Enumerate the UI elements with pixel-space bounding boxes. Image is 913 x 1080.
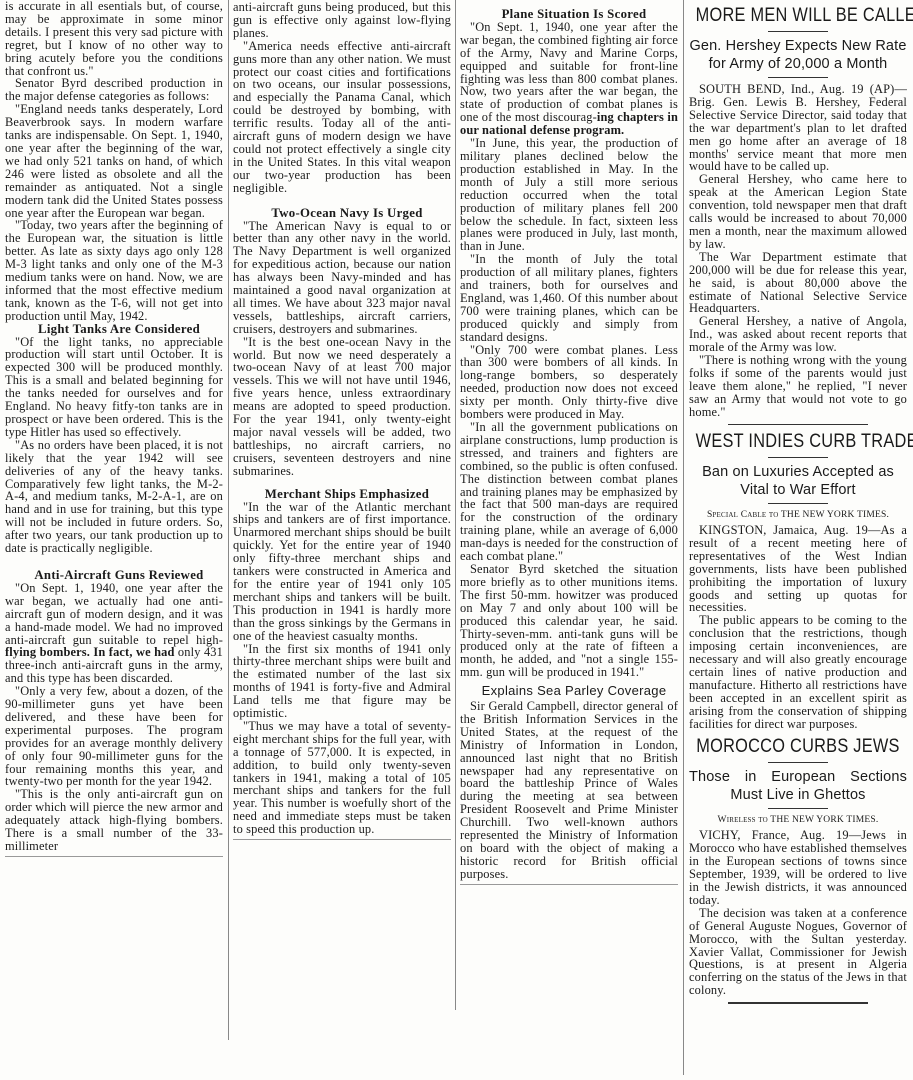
subheading: Explains Sea Parley Coverage <box>460 685 678 698</box>
paragraph: "The American Navy is equal to or better… <box>233 220 451 336</box>
headline: WEST INDIES CURB TRADE <box>696 431 901 453</box>
wire-credit: Wireless to THE NEW YORK TIMES. <box>689 814 907 827</box>
bold-text-run: flying bombers. In fact, we had <box>5 645 175 659</box>
divider <box>768 457 828 458</box>
paragraph: "England needs tanks desperately, Lord B… <box>5 103 223 219</box>
paragraph: General Hershey, a native of Angola, Ind… <box>689 315 907 354</box>
paragraph: General Hershey, who came here to speak … <box>689 173 907 250</box>
paragraph: "It is the best one-ocean Navy in the wo… <box>233 336 451 478</box>
paragraph: "Only 700 were combat planes. Less than … <box>460 344 678 421</box>
paragraph: "On Sept. 1, 1940, one year after the wa… <box>5 582 223 685</box>
headline: MORE MEN WILL BE CALLED <box>696 5 901 27</box>
paragraph: "This is the only anti-aircraft gun on o… <box>5 788 223 853</box>
headline: MOROCCO CURBS JEWS <box>696 736 901 758</box>
paragraph: anti-aircraft guns being produced, but t… <box>233 1 451 40</box>
column-3: Plane Situation Is Scored "On Sept. 1, 1… <box>460 6 678 885</box>
subheading: Two-Ocean Navy Is Urged <box>233 207 451 220</box>
paragraph: "In the first six months of 1941 only th… <box>233 643 451 720</box>
paragraph: "In all the government publications on a… <box>460 421 678 563</box>
paragraph: VICHY, France, Aug. 19—Jews in Morocco w… <box>689 829 907 906</box>
text-run: "On Sept. 1, 1940, one year after the wa… <box>460 20 678 124</box>
paragraph: The decision was taken at a conference o… <box>689 907 907 997</box>
paragraph: Senator Byrd sketched the situation more… <box>460 563 678 679</box>
column-divider <box>228 0 229 1040</box>
paragraph: The War Department estimate that 200,000… <box>689 251 907 316</box>
paragraph: is accurate in all esentials but, of cou… <box>5 0 223 77</box>
paragraph: The public appears to be coming to the c… <box>689 614 907 730</box>
paragraph: "Today, two years after the beginning of… <box>5 219 223 322</box>
paragraph: Sir Gerald Campbell, director general of… <box>460 700 678 881</box>
subheading: Light Tanks Are Considered <box>5 323 223 336</box>
paragraph: KINGSTON, Jamaica, Aug. 19—As a result o… <box>689 524 907 614</box>
paragraph: Senator Byrd described production in the… <box>5 77 223 103</box>
divider <box>768 808 828 809</box>
column-4: MORE MEN WILL BE CALLED Gen. Hershey Exp… <box>689 5 907 1010</box>
divider <box>768 762 828 763</box>
column-end-rule <box>5 856 223 857</box>
paragraph: "In June, this year, the production of m… <box>460 137 678 253</box>
paragraph: "Only a very few, about a dozen, of the … <box>5 685 223 788</box>
paragraph: "In the month of July the total producti… <box>460 253 678 343</box>
paragraph: "America needs effective anti-aircraft g… <box>233 40 451 195</box>
subheading: Merchant Ships Emphasized <box>233 488 451 501</box>
newspaper-page: is accurate in all esentials but, of cou… <box>0 0 913 1080</box>
text-run: "On Sept. 1, 1940, one year after the wa… <box>5 581 223 647</box>
divider <box>768 503 828 504</box>
deck-headline: Those in European Sections Must Live in … <box>689 768 907 804</box>
column-end-rule <box>233 839 451 840</box>
paragraph: "There is nothing wrong with the young f… <box>689 354 907 419</box>
paragraph: "As no orders have been placed, it is no… <box>5 439 223 555</box>
deck-headline: Gen. Hershey Expects New Rate for Army o… <box>689 37 907 73</box>
column-end-rule <box>460 884 678 885</box>
column-divider <box>455 0 456 1010</box>
paragraph: "On Sept. 1, 1940, one year after the wa… <box>460 21 678 137</box>
column-divider <box>683 0 684 1075</box>
paragraph: "Thus we may have a total of seventy-eig… <box>233 720 451 836</box>
column-1: is accurate in all esentials but, of cou… <box>5 0 223 857</box>
divider <box>768 77 828 78</box>
paragraph: SOUTH BEND, Ind., Aug. 19 (AP)—Brig. Gen… <box>689 83 907 173</box>
wire-credit: Special Cable to THE NEW YORK TIMES. <box>689 509 907 522</box>
deck-headline: Ban on Luxuries Accepted as Vital to War… <box>689 463 907 499</box>
column-2: anti-aircraft guns being produced, but t… <box>233 1 451 840</box>
story-divider <box>728 424 868 426</box>
paragraph: "Of the light tanks, no appreciable prod… <box>5 336 223 439</box>
story-divider <box>728 1002 868 1004</box>
paragraph: "In the war of the Atlantic merchant shi… <box>233 501 451 643</box>
divider <box>768 31 828 32</box>
